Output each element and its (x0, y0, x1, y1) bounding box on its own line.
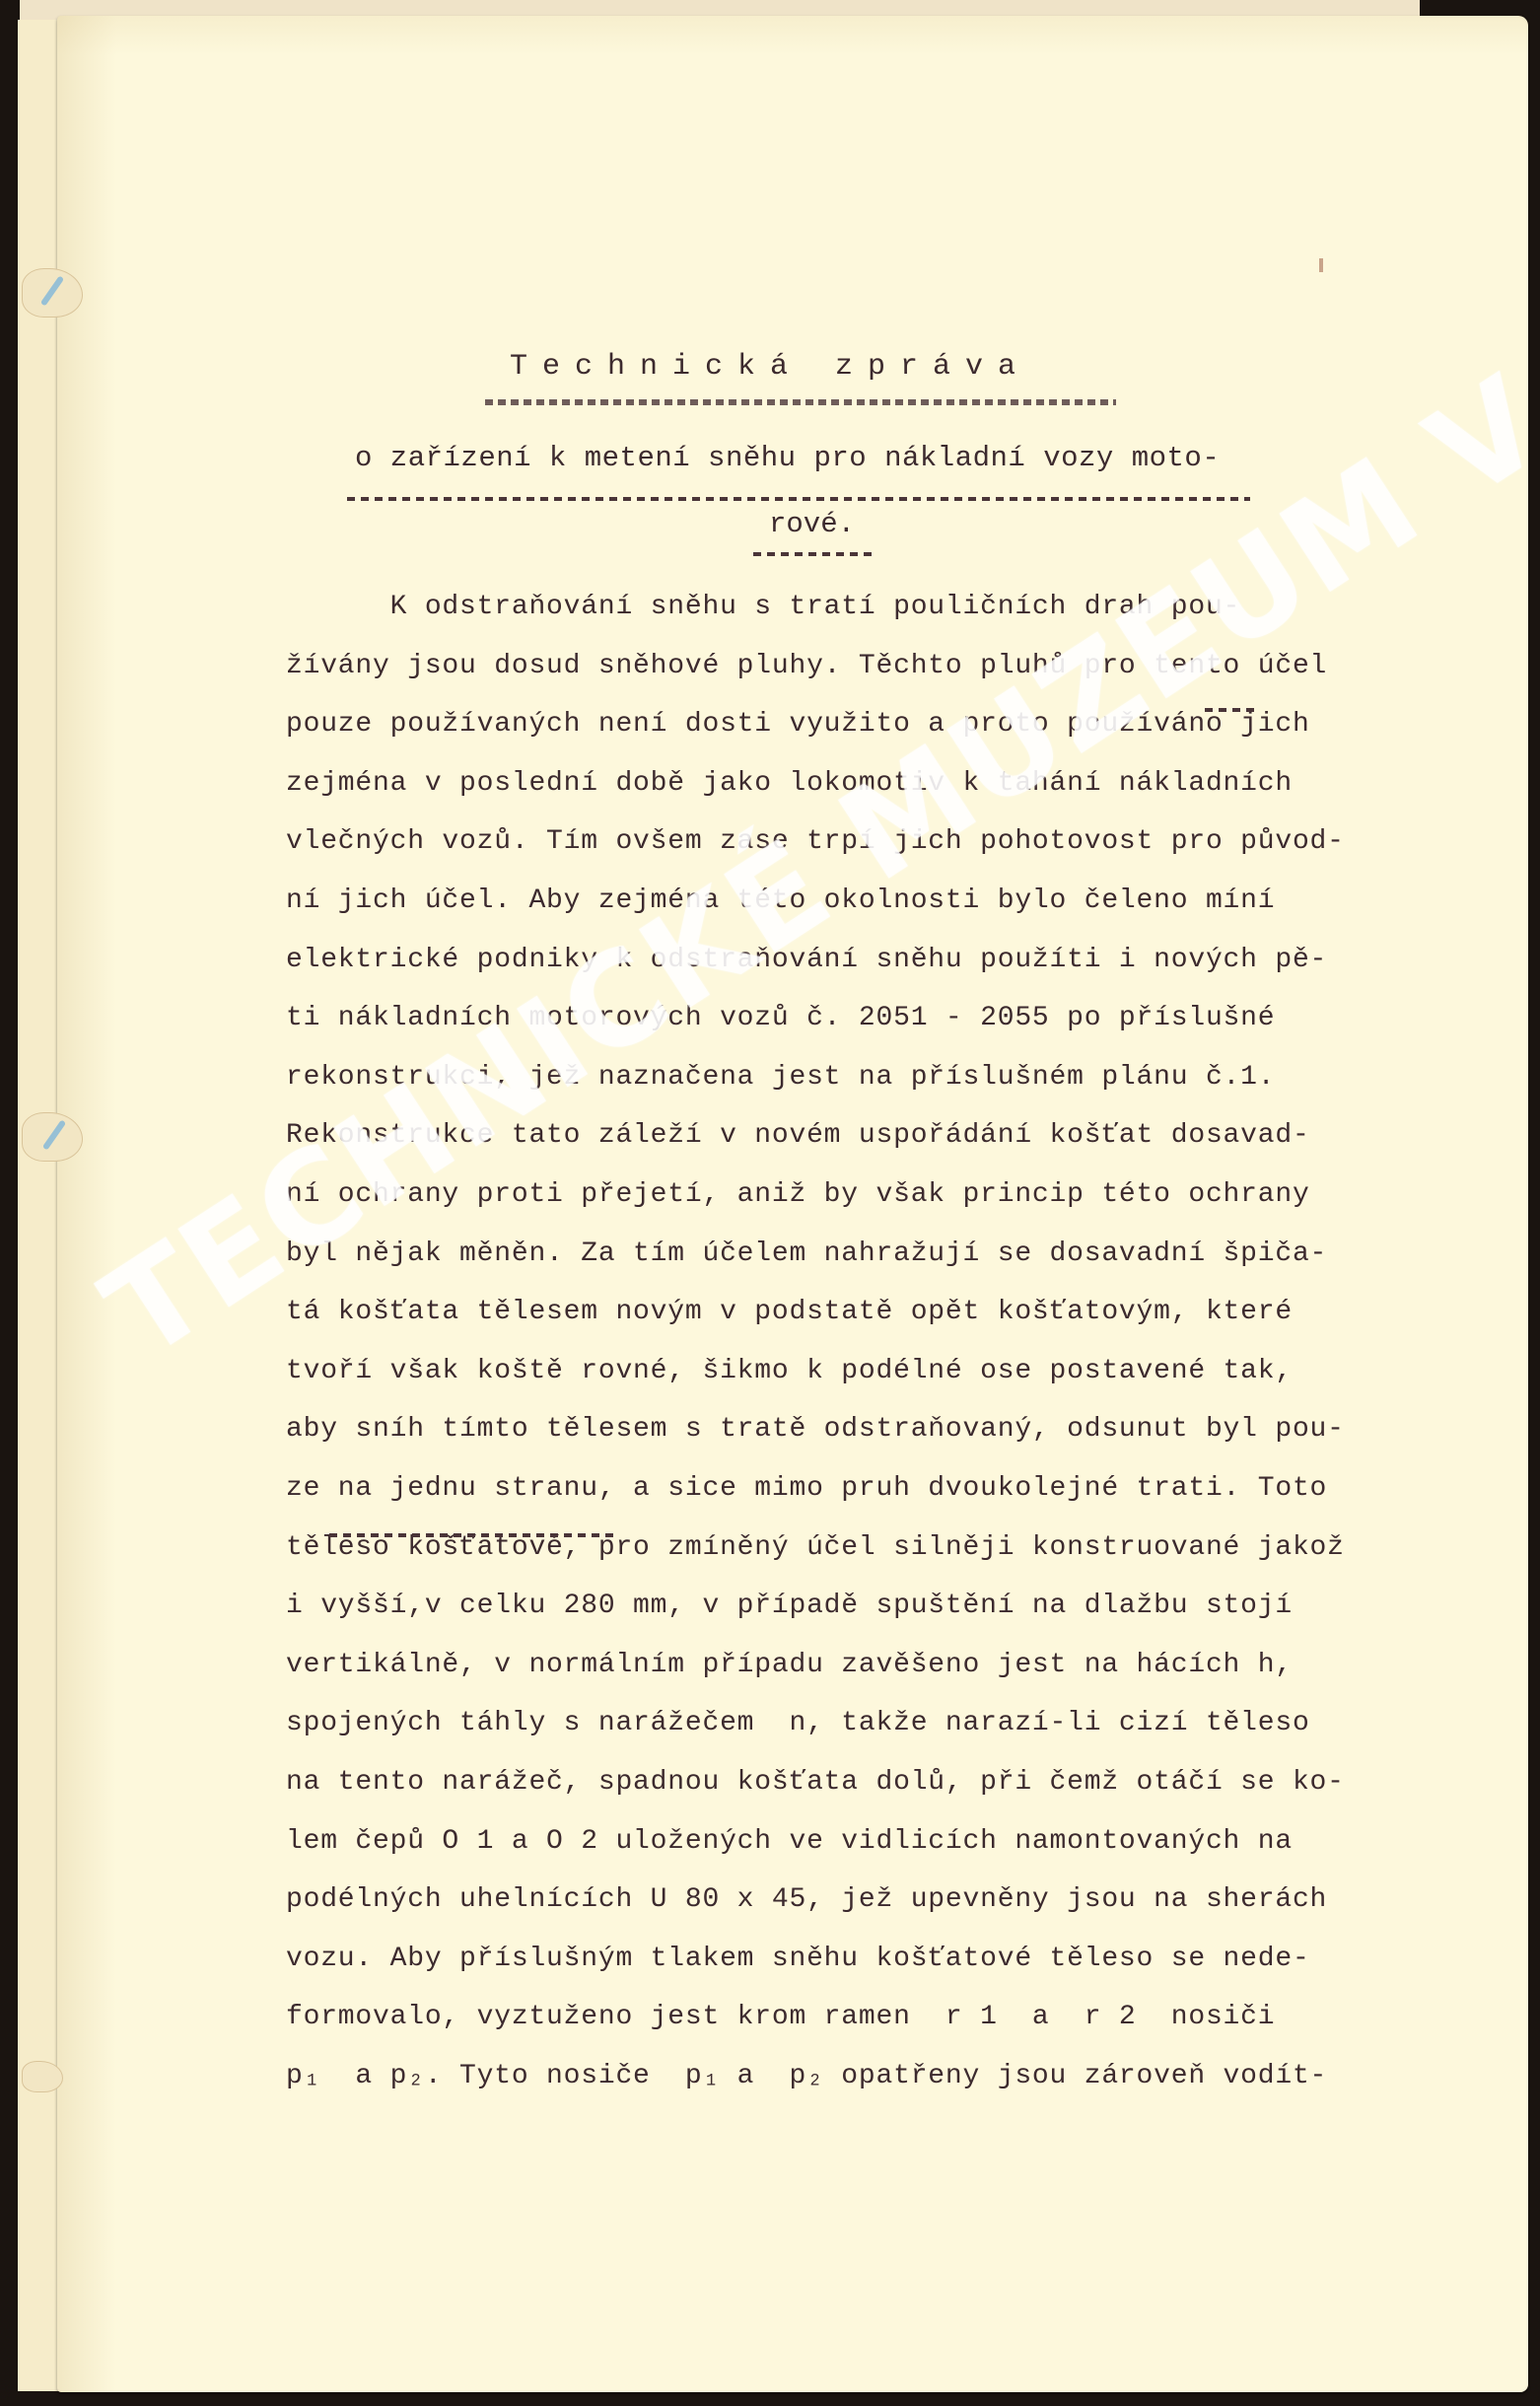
body-line: i vyšší,v celku 280 mm, v případě spuště… (286, 1591, 1293, 1621)
underline-mark-ucel (1205, 708, 1260, 712)
title-underline (485, 399, 1116, 405)
body-line: elektrické podniky k odstraňování sněhu … (286, 945, 1327, 975)
body-line: formovalo, vyztuženo jest krom ramen r 1… (286, 2002, 1275, 2032)
body-line: lem čepů O 1 a O 2 uložených ve vidlicíc… (286, 1826, 1293, 1857)
body-line: ze na jednu stranu, a sice mimo pruh dvo… (286, 1473, 1327, 1504)
body-line: tvoří však koště rovné, šikmo k podélné … (286, 1356, 1293, 1386)
body-line: tá košťata tělesem novým v podstatě opět… (286, 1297, 1293, 1327)
body-line: aby sníh tímto tělesem s tratě odstraňov… (286, 1414, 1345, 1445)
subtitle-underline (347, 497, 1250, 501)
body-line: zejména v poslední době jako lokomotiv k… (286, 768, 1293, 799)
body-line: ní ochrany proti přejetí, aniž by však p… (286, 1179, 1310, 1210)
body-line: K odstraňování sněhu s tratí pouličních … (286, 592, 1240, 622)
body-line: vlečných vozů. Tím ovšem zase trpí jich … (286, 826, 1345, 857)
body-line: rekonstrukci, jež naznačena jest na přís… (286, 1062, 1275, 1093)
body-line: ti nákladních motorových vozů č. 2051 - … (286, 1003, 1275, 1033)
document-subtitle-continuation: rové. (769, 508, 855, 540)
body-line: podélných uhelnících U 80 x 45, jež upev… (286, 1884, 1327, 1915)
body-line: spojených táhly s narážečem n, takže nar… (286, 1708, 1310, 1738)
body-line: na tento narážeč, spadnou košťata dolů, … (286, 1767, 1345, 1798)
underline-mark-jednu-stranu (329, 1533, 615, 1537)
body-line: pouze používaných není dosti využito a p… (286, 709, 1310, 740)
body-line: vertikálně, v normálním případu zavěšeno… (286, 1650, 1293, 1680)
document-title: Technická zpráva (0, 350, 1540, 384)
body-line: p₁ a p₂. Tyto nosiče p₁ a p₂ opatřeny js… (286, 2061, 1327, 2091)
body-line: ní jich účel. Aby zejména této okolnosti… (286, 885, 1275, 916)
body-line: byl nějak měněn. Za tím účelem nahražují… (286, 1238, 1327, 1269)
body-line: Rekonstrukce tato záleží v novém uspořád… (286, 1120, 1310, 1151)
document-subtitle: o zařízení k metení sněhu pro nákladní v… (355, 442, 1220, 474)
binding-hole-bottom (22, 2061, 63, 2092)
body-line: vozu. Aby příslušným tlakem sněhu košťat… (286, 1944, 1310, 1974)
subtitle-continuation-underline (753, 552, 874, 556)
paper-speck (1319, 258, 1323, 272)
body-line: žívány jsou dosud sněhové pluhy. Těchto … (286, 651, 1327, 681)
